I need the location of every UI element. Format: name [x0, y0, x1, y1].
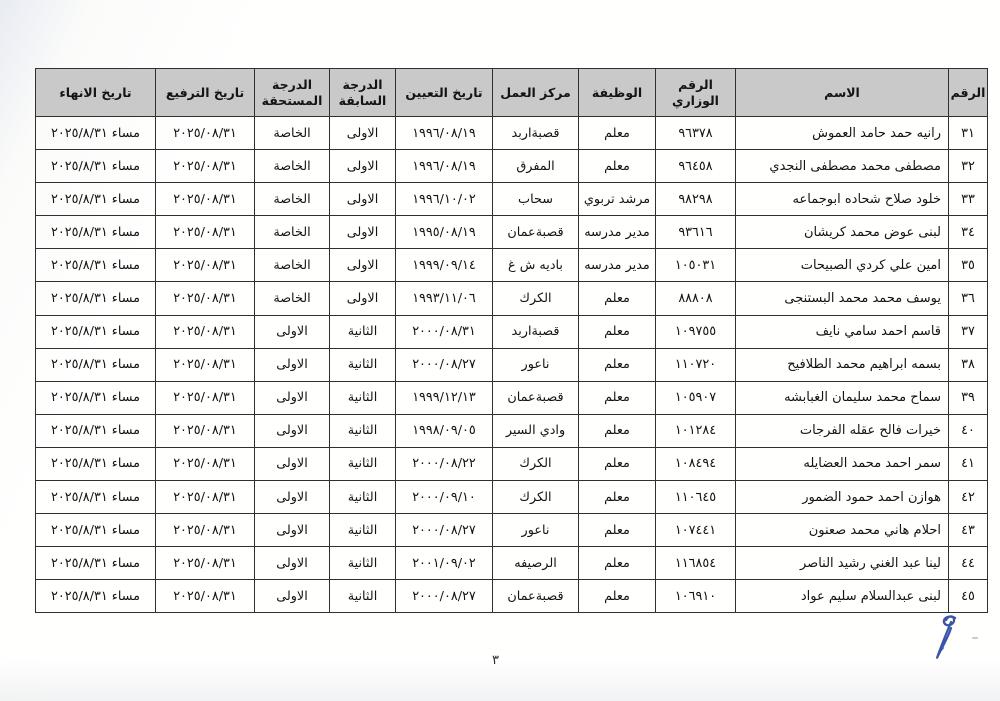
cell-end_date: مساء ٢٠٢٥/٨/٣١ — [36, 249, 156, 282]
cell-ministry_no: ١١٠٧٢٠ — [656, 348, 736, 381]
cell-prev_grade: الثانية — [330, 580, 396, 613]
cell-center: الكرك — [493, 282, 579, 315]
table-row: ٤٢هوازن احمد حمود الضمور١١٠٦٤٥معلمالكرك٢… — [36, 481, 988, 514]
cell-promo_date: ٢٠٢٥/٠٨/٣١ — [156, 348, 255, 381]
table-row: ٤٤لينا عبد الغني رشيد الناصر١١٦٨٥٤معلمال… — [36, 547, 988, 580]
cell-prev_grade: الاولى — [330, 150, 396, 183]
cell-due_grade: الاولى — [255, 580, 330, 613]
cell-hire_date: ١٩٩٩/١٢/١٣ — [396, 381, 493, 414]
cell-center: الكرك — [493, 447, 579, 480]
cell-num: ٣١ — [949, 117, 988, 150]
cell-ministry_no: ١٠١٢٨٤ — [656, 414, 736, 447]
cell-num: ٤٣ — [949, 514, 988, 547]
cell-name: سمر احمد محمد العضايله — [736, 447, 949, 480]
cell-due_grade: الاولى — [255, 547, 330, 580]
cell-num: ٣٦ — [949, 282, 988, 315]
cell-job: معلم — [579, 481, 656, 514]
cell-job: معلم — [579, 150, 656, 183]
cell-name: بسمه ابراهيم محمد الطلافيح — [736, 348, 949, 381]
table-row: ٣١رانيه حمد حامد العموش٩٦٣٧٨معلمقصبةاربد… — [36, 117, 988, 150]
cell-job: معلم — [579, 547, 656, 580]
column-header-ministry_no: الرقم الوزاري — [656, 69, 736, 117]
page-number: ٣ — [492, 653, 499, 668]
cell-num: ٤٠ — [949, 414, 988, 447]
cell-promo_date: ٢٠٢٥/٠٨/٣١ — [156, 150, 255, 183]
cell-name: خلود صلاح شحاده ابوجماعه — [736, 183, 949, 216]
cell-hire_date: ١٩٩٦/٠٨/١٩ — [396, 150, 493, 183]
cell-num: ٣٧ — [949, 315, 988, 348]
cell-hire_date: ١٩٩٨/٠٩/٠٥ — [396, 414, 493, 447]
cell-center: المفرق — [493, 150, 579, 183]
cell-ministry_no: ١١٦٨٥٤ — [656, 547, 736, 580]
cell-end_date: مساء ٢٠٢٥/٨/٣١ — [36, 150, 156, 183]
cell-center: قصبةاربد — [493, 315, 579, 348]
table-row: ٣٨بسمه ابراهيم محمد الطلافيح١١٠٧٢٠معلمنا… — [36, 348, 988, 381]
cell-center: قصبةعمان — [493, 381, 579, 414]
table-row: ٣٤لبنى عوض محمد كريشان٩٣٦١٦مدير مدرسهقصب… — [36, 216, 988, 249]
table-row: ٣٢مصطفى محمد مصطفى النجدي٩٦٤٥٨معلمالمفرق… — [36, 150, 988, 183]
cell-ministry_no: ٩٨٢٩٨ — [656, 183, 736, 216]
cell-due_grade: الخاصة — [255, 216, 330, 249]
table-row: ٣٧قاسم احمد سامي نايف١٠٩٧٥٥معلمقصبةاربد٢… — [36, 315, 988, 348]
cell-name: هوازن احمد حمود الضمور — [736, 481, 949, 514]
cell-job: معلم — [579, 514, 656, 547]
table-row: ٣٦يوسف محمد محمد البستنجى٨٨٨٠٨معلمالكرك١… — [36, 282, 988, 315]
cell-end_date: مساء ٢٠٢٥/٨/٣١ — [36, 481, 156, 514]
cell-end_date: مساء ٢٠٢٥/٨/٣١ — [36, 580, 156, 613]
cell-num: ٣٥ — [949, 249, 988, 282]
cell-center: سحاب — [493, 183, 579, 216]
cell-due_grade: الاولى — [255, 514, 330, 547]
cell-num: ٤٥ — [949, 580, 988, 613]
cell-ministry_no: ١٠٨٤٩٤ — [656, 447, 736, 480]
cell-end_date: مساء ٢٠٢٥/٨/٣١ — [36, 117, 156, 150]
table-row: ٣٩سماح محمد سليمان الغبابشه١٠٥٩٠٧معلمقصب… — [36, 381, 988, 414]
table-row: ٤١سمر احمد محمد العضايله١٠٨٤٩٤معلمالكرك٢… — [36, 447, 988, 480]
cell-hire_date: ٢٠٠٠/٠٨/٢٧ — [396, 580, 493, 613]
cell-name: خيرات فالح عقله الفرجات — [736, 414, 949, 447]
cell-promo_date: ٢٠٢٥/٠٨/٣١ — [156, 547, 255, 580]
cell-promo_date: ٢٠٢٥/٠٨/٣١ — [156, 249, 255, 282]
cell-name: قاسم احمد سامي نايف — [736, 315, 949, 348]
column-header-promo_date: تاريخ الترفيع — [156, 69, 255, 117]
cell-prev_grade: الثانية — [330, 514, 396, 547]
cell-prev_grade: الثانية — [330, 481, 396, 514]
cell-center: ناعور — [493, 514, 579, 547]
column-header-name: الاسم — [736, 69, 949, 117]
cell-hire_date: ١٩٩٩/٠٩/١٤ — [396, 249, 493, 282]
table-row: ٣٥امين علي كردي الصبيحات١٠٥٠٣١مدير مدرسه… — [36, 249, 988, 282]
promotion-roster-table: الرقمالاسمالرقم الوزاريالوظيفةمركز العمل… — [35, 68, 988, 613]
cell-job: معلم — [579, 315, 656, 348]
cell-center: الكرك — [493, 481, 579, 514]
cell-prev_grade: الثانية — [330, 381, 396, 414]
cell-due_grade: الاولى — [255, 315, 330, 348]
cell-promo_date: ٢٠٢٥/٠٨/٣١ — [156, 183, 255, 216]
cell-hire_date: ١٩٩٦/٠٨/١٩ — [396, 117, 493, 150]
cell-num: ٤٤ — [949, 547, 988, 580]
cell-ministry_no: ١٠٧٤٤١ — [656, 514, 736, 547]
scanned-document-page: الرقمالاسمالرقم الوزاريالوظيفةمركز العمل… — [0, 0, 1000, 701]
cell-due_grade: الخاصة — [255, 249, 330, 282]
cell-name: احلام هاني محمد صعنون — [736, 514, 949, 547]
cell-hire_date: ١٩٩٦/١٠/٠٢ — [396, 183, 493, 216]
cell-due_grade: الاولى — [255, 481, 330, 514]
cell-end_date: مساء ٢٠٢٥/٨/٣١ — [36, 282, 156, 315]
cell-prev_grade: الاولى — [330, 183, 396, 216]
cell-center: باديه ش غ — [493, 249, 579, 282]
cell-job: مدير مدرسه — [579, 249, 656, 282]
cell-prev_grade: الثانية — [330, 315, 396, 348]
cell-ministry_no: ١٠٦٩١٠ — [656, 580, 736, 613]
cell-job: معلم — [579, 282, 656, 315]
cell-hire_date: ٢٠٠٠/٠٩/١٠ — [396, 481, 493, 514]
cell-num: ٣٢ — [949, 150, 988, 183]
cell-job: مدير مدرسه — [579, 216, 656, 249]
cell-num: ٤١ — [949, 447, 988, 480]
table-row: ٤٥لبنى عبدالسلام سليم عواد١٠٦٩١٠معلمقصبة… — [36, 580, 988, 613]
cell-promo_date: ٢٠٢٥/٠٨/٣١ — [156, 447, 255, 480]
cell-end_date: مساء ٢٠٢٥/٨/٣١ — [36, 183, 156, 216]
cell-due_grade: الاولى — [255, 348, 330, 381]
cell-ministry_no: ٨٨٨٠٨ — [656, 282, 736, 315]
signature-mark-icon — [925, 613, 969, 665]
cell-promo_date: ٢٠٢٥/٠٨/٣١ — [156, 117, 255, 150]
cell-job: معلم — [579, 580, 656, 613]
cell-name: امين علي كردي الصبيحات — [736, 249, 949, 282]
cell-name: سماح محمد سليمان الغبابشه — [736, 381, 949, 414]
table-body: ٣١رانيه حمد حامد العموش٩٦٣٧٨معلمقصبةاربد… — [36, 117, 988, 613]
cell-ministry_no: ١٠٥٩٠٧ — [656, 381, 736, 414]
cell-promo_date: ٢٠٢٥/٠٨/٣١ — [156, 381, 255, 414]
cell-prev_grade: الثانية — [330, 447, 396, 480]
column-header-job: الوظيفة — [579, 69, 656, 117]
cell-hire_date: ٢٠٠٠/٠٨/٢٧ — [396, 514, 493, 547]
cell-name: لينا عبد الغني رشيد الناصر — [736, 547, 949, 580]
cell-name: لبنى عبدالسلام سليم عواد — [736, 580, 949, 613]
cell-prev_grade: الاولى — [330, 282, 396, 315]
column-header-end_date: تاريخ الانهاء — [36, 69, 156, 117]
cell-due_grade: الاولى — [255, 414, 330, 447]
column-header-center: مركز العمل — [493, 69, 579, 117]
cell-end_date: مساء ٢٠٢٥/٨/٣١ — [36, 315, 156, 348]
cell-center: قصبةعمان — [493, 216, 579, 249]
cell-center: قصبةعمان — [493, 580, 579, 613]
cell-ministry_no: ١٠٥٠٣١ — [656, 249, 736, 282]
cell-ministry_no: ١٠٩٧٥٥ — [656, 315, 736, 348]
cell-job: معلم — [579, 447, 656, 480]
table-row: ٣٣خلود صلاح شحاده ابوجماعه٩٨٢٩٨مرشد تربو… — [36, 183, 988, 216]
cell-end_date: مساء ٢٠٢٥/٨/٣١ — [36, 381, 156, 414]
cell-prev_grade: الاولى — [330, 216, 396, 249]
cell-num: ٤٢ — [949, 481, 988, 514]
cell-prev_grade: الثانية — [330, 414, 396, 447]
cell-name: لبنى عوض محمد كريشان — [736, 216, 949, 249]
table-row: ٤٠خيرات فالح عقله الفرجات١٠١٢٨٤معلموادي … — [36, 414, 988, 447]
cell-end_date: مساء ٢٠٢٥/٨/٣١ — [36, 514, 156, 547]
cell-name: يوسف محمد محمد البستنجى — [736, 282, 949, 315]
cell-due_grade: الاولى — [255, 381, 330, 414]
cell-center: وادي السير — [493, 414, 579, 447]
cell-ministry_no: ٩٦٤٥٨ — [656, 150, 736, 183]
table-row: ٤٣احلام هاني محمد صعنون١٠٧٤٤١معلمناعور٢٠… — [36, 514, 988, 547]
cell-job: معلم — [579, 348, 656, 381]
cell-prev_grade: الاولى — [330, 249, 396, 282]
cell-due_grade: الخاصة — [255, 117, 330, 150]
cell-num: ٣٨ — [949, 348, 988, 381]
cell-prev_grade: الثانية — [330, 547, 396, 580]
cell-center: ناعور — [493, 348, 579, 381]
cell-due_grade: الخاصة — [255, 282, 330, 315]
column-header-prev_grade: الدرجة السابقة — [330, 69, 396, 117]
cell-end_date: مساء ٢٠٢٥/٨/٣١ — [36, 216, 156, 249]
cell-prev_grade: الاولى — [330, 117, 396, 150]
cell-hire_date: ٢٠٠١/٠٩/٠٢ — [396, 547, 493, 580]
cell-hire_date: ٢٠٠٠/٠٨/٢٢ — [396, 447, 493, 480]
cell-hire_date: ٢٠٠٠/٠٨/٢٧ — [396, 348, 493, 381]
cell-center: الرصيفه — [493, 547, 579, 580]
cell-name: مصطفى محمد مصطفى النجدي — [736, 150, 949, 183]
cell-job: معلم — [579, 381, 656, 414]
cell-hire_date: ٢٠٠٠/٠٨/٣١ — [396, 315, 493, 348]
scan-artifact-speck — [972, 637, 978, 639]
cell-promo_date: ٢٠٢٥/٠٨/٣١ — [156, 282, 255, 315]
cell-center: قصبةاربد — [493, 117, 579, 150]
cell-num: ٣٩ — [949, 381, 988, 414]
cell-due_grade: الخاصة — [255, 183, 330, 216]
cell-end_date: مساء ٢٠٢٥/٨/٣١ — [36, 447, 156, 480]
header-row: الرقمالاسمالرقم الوزاريالوظيفةمركز العمل… — [36, 69, 988, 117]
cell-num: ٣٣ — [949, 183, 988, 216]
cell-due_grade: الاولى — [255, 447, 330, 480]
cell-job: مرشد تربوي — [579, 183, 656, 216]
cell-ministry_no: ٩٣٦١٦ — [656, 216, 736, 249]
cell-due_grade: الخاصة — [255, 150, 330, 183]
cell-promo_date: ٢٠٢٥/٠٨/٣١ — [156, 414, 255, 447]
cell-promo_date: ٢٠٢٥/٠٨/٣١ — [156, 580, 255, 613]
cell-promo_date: ٢٠٢٥/٠٨/٣١ — [156, 481, 255, 514]
cell-ministry_no: ٩٦٣٧٨ — [656, 117, 736, 150]
cell-end_date: مساء ٢٠٢٥/٨/٣١ — [36, 547, 156, 580]
cell-job: معلم — [579, 117, 656, 150]
cell-hire_date: ١٩٩٣/١١/٠٦ — [396, 282, 493, 315]
cell-prev_grade: الثانية — [330, 348, 396, 381]
cell-name: رانيه حمد حامد العموش — [736, 117, 949, 150]
cell-ministry_no: ١١٠٦٤٥ — [656, 481, 736, 514]
cell-end_date: مساء ٢٠٢٥/٨/٣١ — [36, 348, 156, 381]
cell-promo_date: ٢٠٢٥/٠٨/٣١ — [156, 216, 255, 249]
cell-job: معلم — [579, 414, 656, 447]
column-header-hire_date: تاريخ التعيين — [396, 69, 493, 117]
cell-promo_date: ٢٠٢٥/٠٨/٣١ — [156, 315, 255, 348]
cell-promo_date: ٢٠٢٥/٠٨/٣١ — [156, 514, 255, 547]
cell-end_date: مساء ٢٠٢٥/٨/٣١ — [36, 414, 156, 447]
column-header-due_grade: الدرجة المستحقة — [255, 69, 330, 117]
cell-hire_date: ١٩٩٥/٠٨/١٩ — [396, 216, 493, 249]
cell-num: ٣٤ — [949, 216, 988, 249]
column-header-num: الرقم — [949, 69, 988, 117]
